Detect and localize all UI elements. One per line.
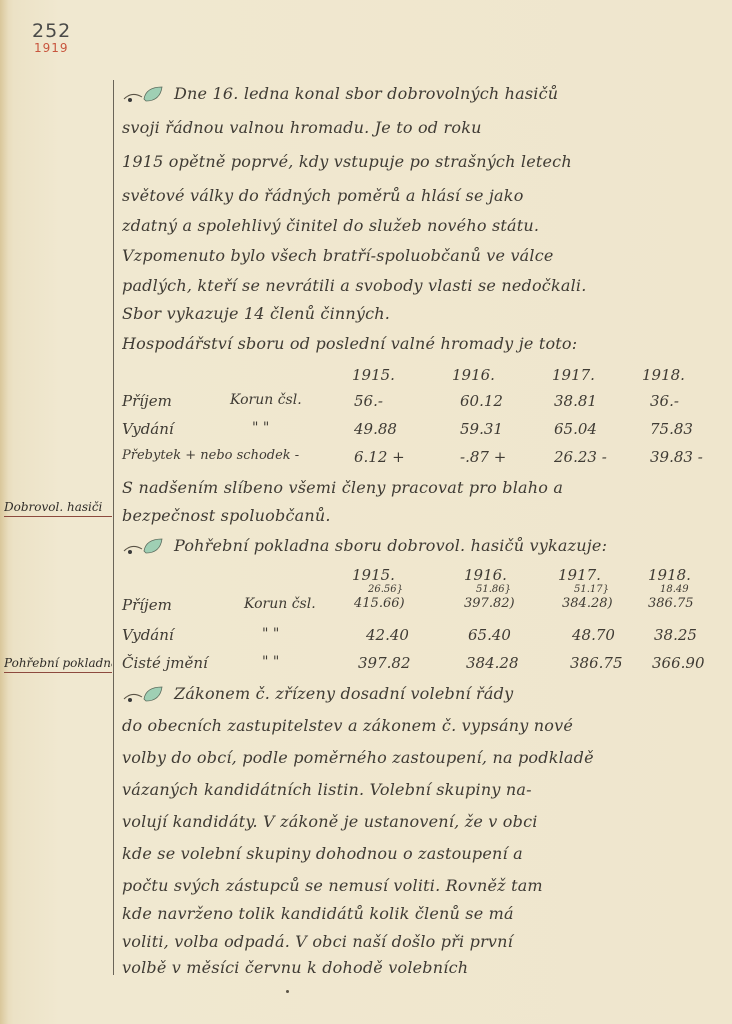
row-unit: Korun čsl.	[230, 392, 302, 408]
year-col: 1915.	[352, 366, 395, 384]
cell-value: 386.75	[648, 596, 694, 611]
year-col: 1915.	[352, 566, 395, 584]
year-col: 1917.	[558, 566, 601, 584]
leaf-icon	[122, 85, 166, 105]
cell-value: 60.12	[460, 392, 503, 410]
row-label: Vydání	[122, 420, 174, 438]
text-line: volují kandidáty. V zákoně je ustanovení…	[122, 812, 722, 831]
text-line: volby do obcí, podle poměrného zastoupen…	[122, 748, 722, 767]
ink-spot	[286, 990, 289, 993]
cell-value: 56.-	[354, 392, 383, 410]
cell-value: 6.12 +	[354, 448, 405, 466]
cell-value: 59.31	[460, 420, 503, 438]
table1-header: 1915. 1916. 1917. 1918.	[122, 366, 722, 386]
table1-row-expense: Vydání " " 49.88 59.31 65.04 75.83	[122, 420, 722, 440]
margin-note-firefighters: Dobrovol. hasiči	[4, 500, 112, 517]
text-line: volbě v měsíci červnu k dohodě volebních	[122, 958, 722, 977]
text-line: světové války do řádných poměrů a hlásí …	[122, 186, 722, 205]
text-line: bezpečnost spoluobčanů.	[122, 506, 722, 525]
cell-value: 26.23 -	[554, 448, 607, 466]
year-col: 1918.	[648, 566, 691, 584]
row-unit: Korun čsl.	[244, 596, 316, 612]
table2-row-net-worth: Čisté jmění " " 397.82 384.28 386.75 366…	[122, 654, 722, 674]
row-label: Přebytek + nebo schodek -	[122, 448, 299, 463]
cell-value: -.87 +	[460, 448, 506, 466]
page-number: 252	[32, 20, 71, 42]
row-label: Vydání	[122, 626, 174, 644]
cell-value: 42.40	[366, 626, 409, 644]
cell-value: 51.86}	[476, 584, 511, 595]
cell-value: 65.04	[554, 420, 597, 438]
text-line: kde se volební skupiny dohodnou o zastou…	[122, 844, 722, 863]
text-line: Hospodářství sboru od poslední valné hro…	[122, 334, 722, 353]
margin-rule	[113, 80, 114, 975]
text-line: Pohřební pokladna sboru dobrovol. hasičů…	[122, 536, 722, 557]
cell-value: 39.83 -	[650, 448, 703, 466]
row-label: Čisté jmění	[122, 654, 208, 672]
row-label: Příjem	[122, 596, 172, 614]
text-line: svoji řádnou valnou hromadu. Je to od ro…	[122, 118, 722, 137]
text-line: padlých, kteří se nevrátili a svobody vl…	[122, 276, 722, 295]
table2-row-income: Příjem Korun čsl. 415.66) 397.82) 384.28…	[122, 596, 722, 616]
cell-value: 384.28)	[562, 596, 613, 611]
cell-value: 386.75	[570, 654, 623, 672]
cell-value: 65.40	[468, 626, 511, 644]
leaf-icon	[122, 685, 166, 705]
cell-value: 26.56}	[368, 584, 403, 595]
text-line: voliti, volba odpadá. V obci naší došlo …	[122, 932, 722, 951]
table1-row-income: Příjem Korun čsl. 56.- 60.12 38.81 36.-	[122, 392, 722, 412]
ditto-mark: " "	[262, 654, 279, 670]
row-label: Příjem	[122, 392, 172, 410]
ditto-mark: " "	[252, 420, 269, 436]
cell-value: 397.82)	[464, 596, 515, 611]
year-col: 1917.	[552, 366, 595, 384]
cell-value: 36.-	[650, 392, 679, 410]
text-line: počtu svých zástupců se nemusí voliti. R…	[122, 876, 722, 895]
leaf-icon	[122, 537, 166, 557]
text-line: Dne 16. ledna konal sbor dobrovolných ha…	[122, 84, 722, 105]
cell-value: 415.66)	[354, 596, 405, 611]
text-line-content: Zákonem č. zřízeny dosadní volební řády	[174, 684, 513, 703]
cell-value: 38.81	[554, 392, 597, 410]
cell-value: 75.83	[650, 420, 693, 438]
text-line: Zákonem č. zřízeny dosadní volební řády	[122, 684, 722, 705]
cell-value: 397.82	[358, 654, 411, 672]
text-line: kde navrženo tolik kandidátů kolik členů…	[122, 904, 722, 923]
cell-value: 49.88	[354, 420, 397, 438]
ditto-mark: " "	[262, 626, 279, 642]
year-col: 1916.	[452, 366, 495, 384]
year-col: 1918.	[642, 366, 685, 384]
ledger-page: 252 1919 Dobrovol. hasiči Pohřební pokla…	[0, 0, 732, 1024]
cell-value: 366.90	[652, 654, 705, 672]
text-line: Vzpomenuto bylo všech bratří-spoluobčanů…	[122, 246, 722, 265]
cell-value: 38.25	[654, 626, 697, 644]
text-line: 1915 opětně poprvé, kdy vstupuje po stra…	[122, 152, 722, 171]
text-line: S nadšením slíbeno všemi členy pracovat …	[122, 478, 722, 497]
page-year: 1919	[34, 41, 69, 55]
cell-value: 384.28	[466, 654, 519, 672]
cell-value: 18.49	[660, 584, 689, 595]
year-col: 1916.	[464, 566, 507, 584]
text-line-content: Dne 16. ledna konal sbor dobrovolných ha…	[174, 84, 558, 103]
table2-row-expense: Vydání " " 42.40 65.40 48.70 38.25	[122, 626, 722, 646]
text-line: vázaných kandidátních listin. Volební sk…	[122, 780, 722, 799]
text-line-content: Pohřební pokladna sboru dobrovol. hasičů…	[174, 536, 607, 555]
margin-note-funeral-fund: Pohřební pokladna	[4, 656, 112, 673]
table1-row-balance: Přebytek + nebo schodek - 6.12 + -.87 + …	[122, 448, 722, 468]
table2-header: 1915. 1916. 1917. 1918.	[122, 566, 722, 586]
text-line: Sbor vykazuje 14 členů činných.	[122, 304, 722, 323]
text-line: do obecních zastupitelstev a zákonem č. …	[122, 716, 722, 735]
cell-value: 48.70	[572, 626, 615, 644]
cell-value: 51.17}	[574, 584, 609, 595]
text-line: zdatný a spolehlivý činitel do služeb no…	[122, 216, 722, 235]
